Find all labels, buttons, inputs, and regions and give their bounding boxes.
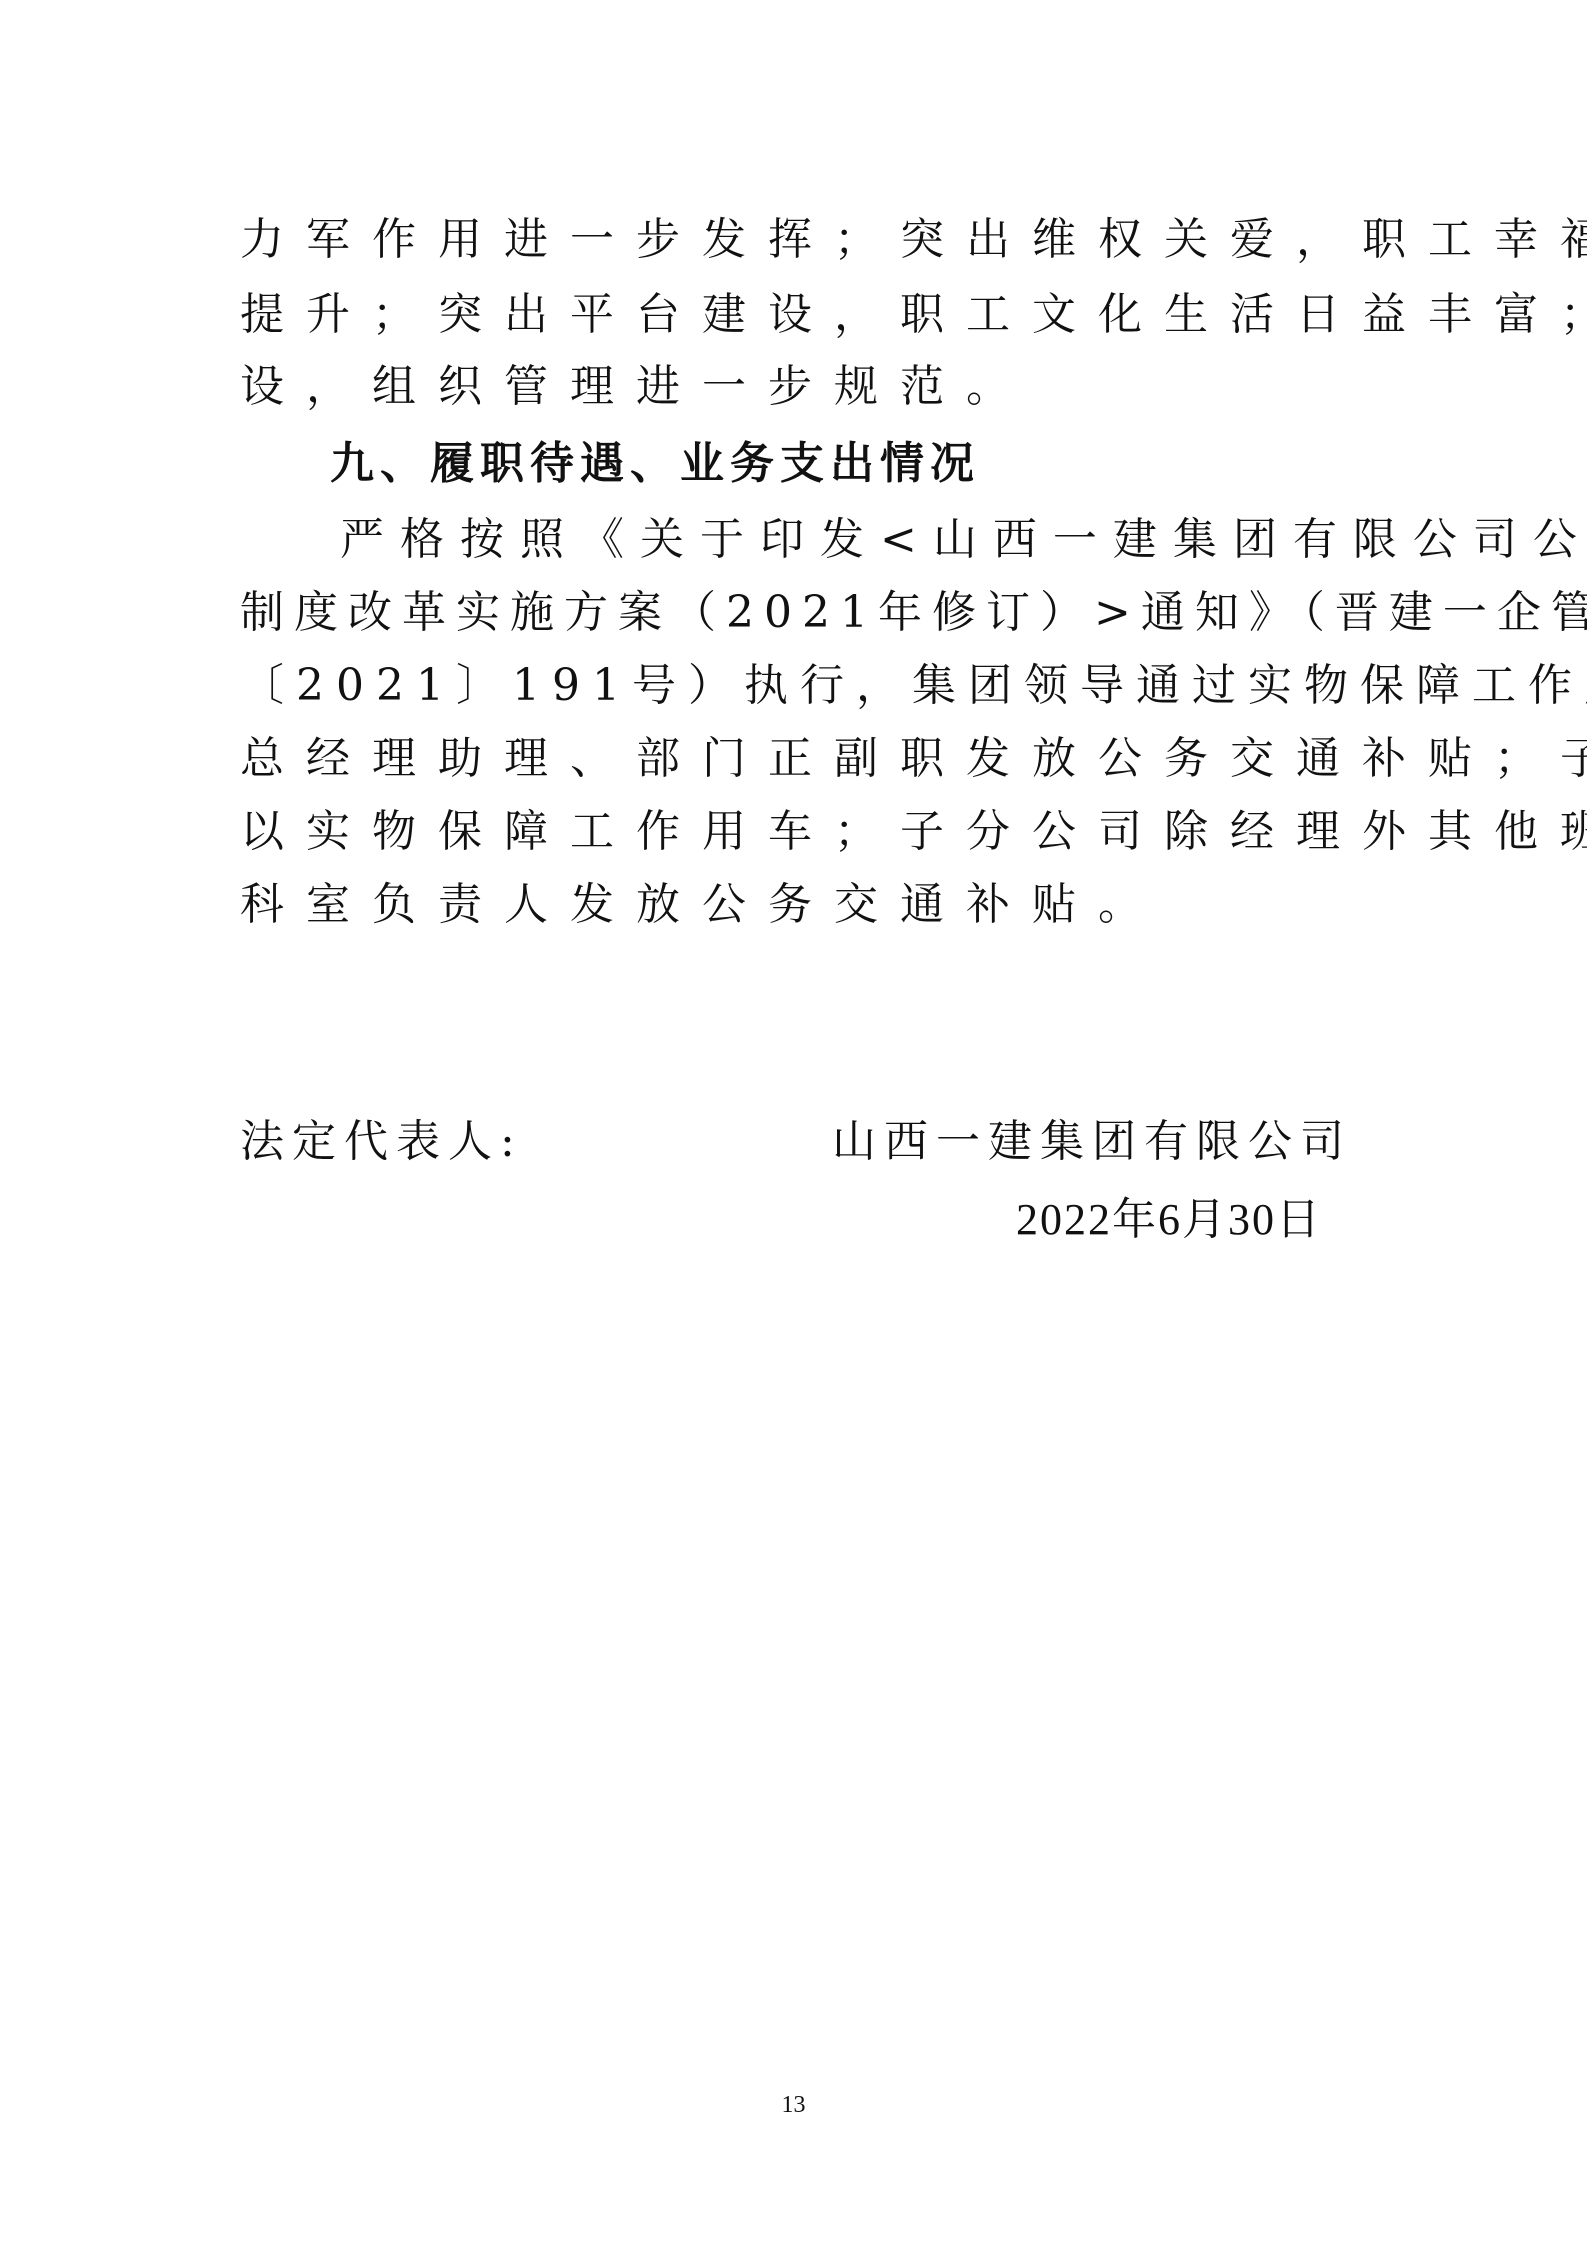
paragraph-line: 科室负责人发放公务交通补贴。 [240,875,1164,935]
paragraph-line: 〔2021〕191号）执行，集团领导通过实物保障工作用车； [240,656,1587,716]
page-number: 13 [0,2090,1587,2120]
section-heading: 九、履职待遇、业务支出情况 [330,434,980,494]
paragraph-line: 总经理助理、部门正副职发放公务交通补贴；子分公司正职 [240,729,1587,789]
paragraph-line: 力军作用进一步发挥；突出维权关爱，职工幸福指数进一步 [240,210,1587,270]
paragraph-line: 设，组织管理进一步规范。 [240,357,1032,417]
paragraph-line: 严格按照《关于印发<山西一建集团有限公司公务用车 [340,510,1587,570]
signature-date: 2022年6月30日 [1016,1190,1322,1250]
paragraph-line: 以实物保障工作用车；子分公司除经理外其他班子成员以及 [240,802,1587,862]
paragraph-line: 制度改革实施方案（2021年修订）>通知》（晋建一企管发 [240,583,1587,643]
document-page: 力军作用进一步发挥；突出维权关爱，职工幸福指数进一步 提升；突出平台建设，职工文… [0,0,1587,2245]
paragraph-line: 提升；突出平台建设，职工文化生活日益丰富；突出自身建 [240,285,1587,345]
company-name: 山西一建集团有限公司 [832,1112,1352,1172]
legal-representative-label: 法定代表人: [240,1112,523,1172]
